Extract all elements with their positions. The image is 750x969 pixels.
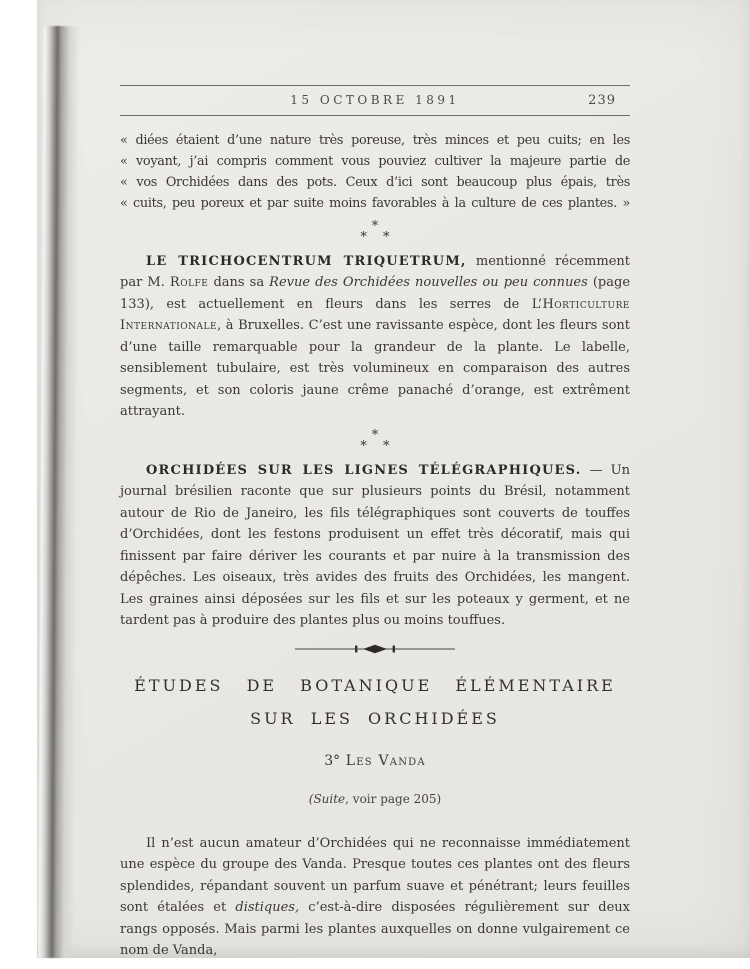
article-title-line1: ÉTUDES DE BOTANIQUE ÉLÉMENTAIRE — [120, 676, 630, 696]
article-title-line2: SUR LES ORCHIDÉES — [120, 709, 630, 729]
binding-shadow — [38, 26, 80, 958]
vanda-paragraph: Il n’est aucun amateur d’Orchidées qui n… — [120, 833, 630, 962]
quote-line: « cuits, peu poreux et par suite moins f… — [120, 193, 630, 214]
telegraph-lead: ORCHIDÉES SUR LES LIGNES TÉLÉGRAPHIQUES. — [146, 463, 581, 478]
text-block: 15 OCTOBRE 1891 239 « diées étaient d’un… — [120, 0, 630, 962]
em-dash: — — [581, 463, 610, 478]
journal-title-italic: Revue des Orchidées nouvelles ou peu con… — [269, 275, 588, 290]
section-number: 3° — [324, 753, 340, 769]
quote-line: « vos Orchidées dans des pots. Ceux d’ic… — [120, 172, 630, 193]
trichocentrum-paragraph: LE TRICHOCENTRUM TRIQUETRUM, mentionné r… — [120, 251, 630, 423]
quote-line: « voyant, j’ai compris comment vous pouv… — [120, 151, 630, 172]
rolfe-smallcaps: Rolfe — [170, 275, 208, 290]
paragraph-text: , à Bruxelles. C’est une ravissante espè… — [120, 318, 630, 419]
telegraph-paragraph: ORCHIDÉES SUR LES LIGNES TÉLÉGRAPHIQUES.… — [120, 460, 630, 632]
asterism-separator: * * * — [120, 431, 630, 453]
quote-paragraph: « diées étaient d’une nature très poreus… — [120, 130, 630, 214]
asterisk-bottom: * * — [120, 441, 630, 453]
continuation-note: (Suite, voir page 205) — [120, 789, 630, 811]
header-page-number: 239 — [588, 90, 616, 112]
diamond-rule-icon — [295, 644, 455, 654]
suite-rest: , voir page 205) — [345, 792, 441, 806]
distiques-italic: distiques, — [235, 900, 299, 915]
section-name-smallcaps: Les Vanda — [340, 753, 426, 769]
quote-line: « diées étaient d’une nature très poreus… — [120, 130, 630, 151]
asterisk-bottom: * * — [120, 232, 630, 244]
header-date: 15 OCTOBRE 1891 — [290, 93, 459, 107]
book-page: 15 OCTOBRE 1891 239 « diées étaient d’un… — [37, 0, 750, 958]
paragraph-text: dans sa — [208, 275, 269, 290]
paragraph-text: Un journal brésilien raconte que sur plu… — [120, 463, 630, 629]
suite-italic: (Suite — [309, 792, 345, 806]
scanned-journal-page: 15 OCTOBRE 1891 239 « diées étaient d’un… — [0, 0, 750, 969]
trichocentrum-lead: LE TRICHOCENTRUM TRIQUETRUM, — [146, 254, 467, 269]
section-heading: 3° Les Vanda — [120, 751, 630, 773]
divider-ornament — [295, 644, 455, 654]
asterism-separator: * * * — [120, 222, 630, 244]
running-header: 15 OCTOBRE 1891 239 — [120, 85, 630, 116]
